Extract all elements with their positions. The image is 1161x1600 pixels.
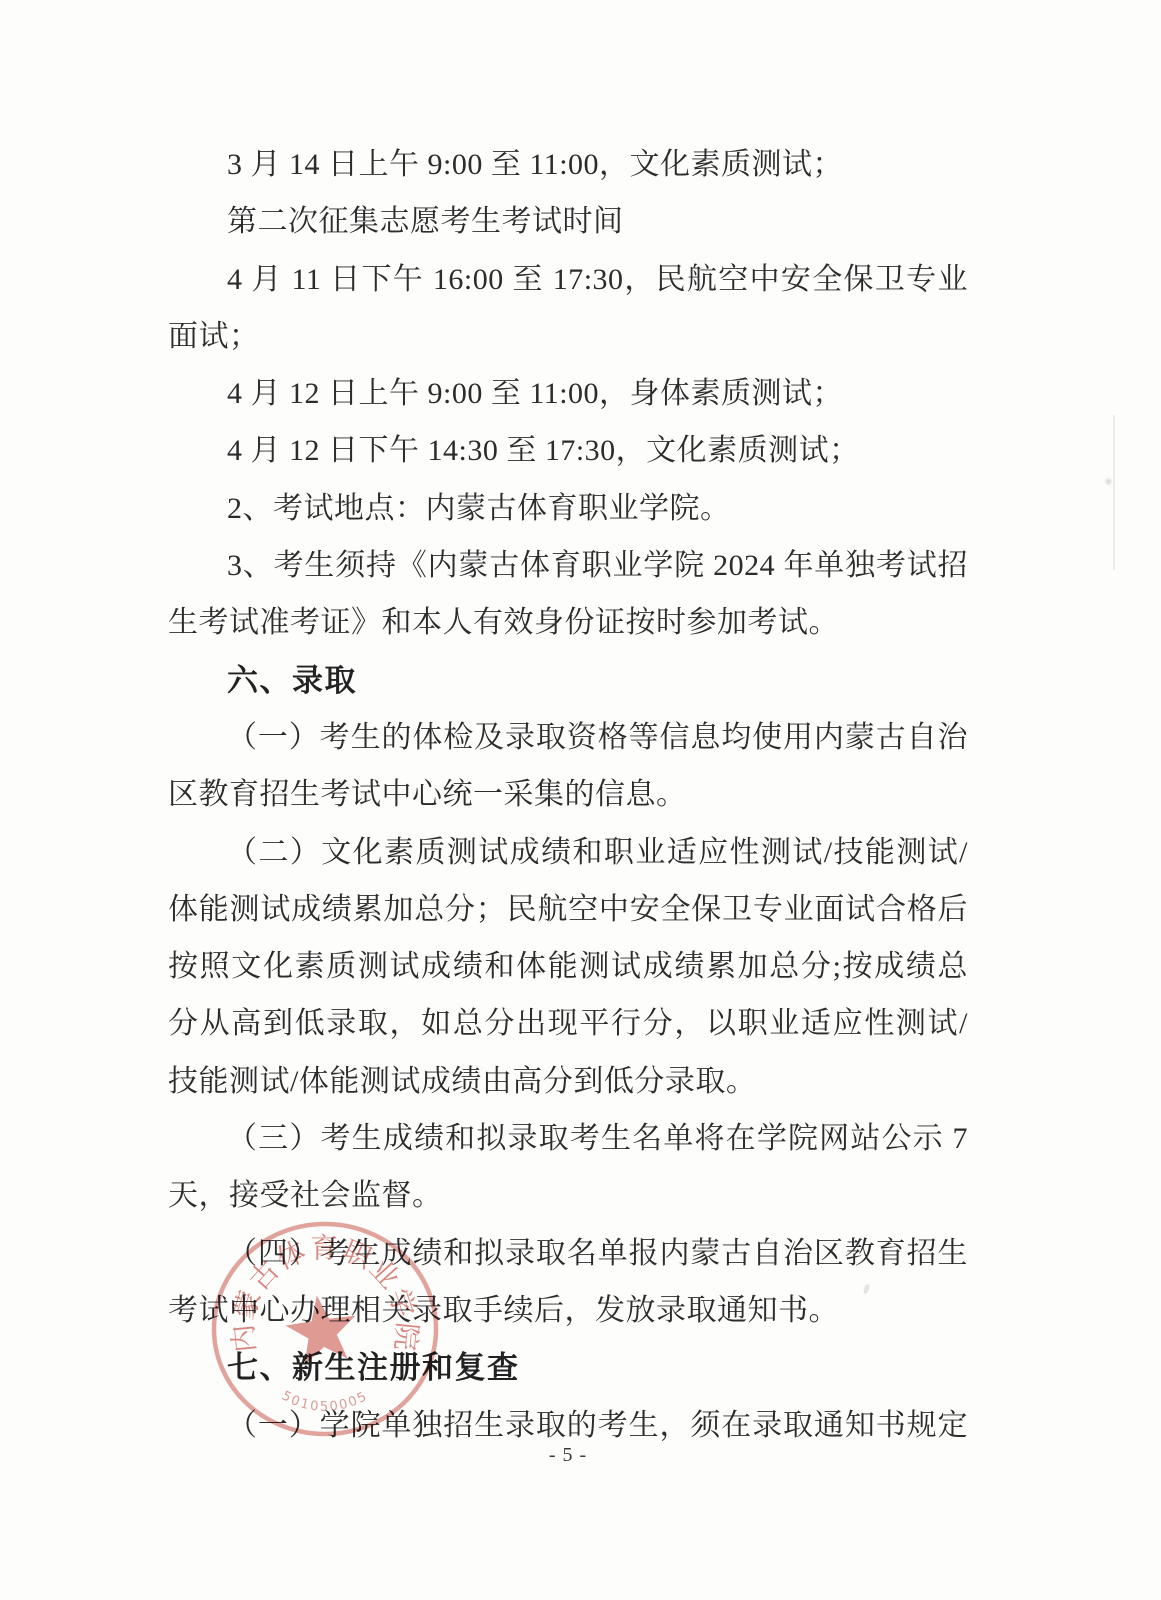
doc-line: 面试； bbox=[168, 308, 968, 365]
doc-line: 生考试准考证》和本人有效身份证按时参加考试。 bbox=[168, 594, 968, 651]
page-number: - 5 - bbox=[168, 1444, 968, 1467]
scan-artifact-line bbox=[1113, 415, 1115, 570]
section-heading-registration: 七、新生注册和复查 bbox=[168, 1339, 968, 1396]
doc-line: 4 月 12 日下午 14:30 至 17:30，文化素质测试； bbox=[168, 422, 968, 479]
section-heading-admission: 六、录取 bbox=[168, 652, 968, 709]
doc-line: （四）考生成绩和拟录取名单报内蒙古自治区教育招生 bbox=[168, 1225, 968, 1282]
doc-line: 区教育招生考试中心统一采集的信息。 bbox=[168, 766, 968, 823]
doc-line: （二）文化素质测试成绩和职业适应性测试/技能测试/ bbox=[168, 824, 968, 881]
doc-line: 第二次征集志愿考生考试时间 bbox=[168, 193, 968, 250]
doc-line: 4 月 11 日下午 16:00 至 17:30，民航空中安全保卫专业 bbox=[168, 251, 968, 308]
doc-line: 3、考生须持《内蒙古体育职业学院 2024 年单独考试招 bbox=[168, 537, 968, 594]
scan-speck bbox=[1104, 477, 1113, 486]
document-body: 3 月 14 日上午 9:00 至 11:00，文化素质测试； 第二次征集志愿考… bbox=[168, 136, 968, 1454]
doc-line: 4 月 12 日上午 9:00 至 11:00，身体素质测试； bbox=[168, 365, 968, 422]
doc-line: 考试中心办理相关录取手续后，发放录取通知书。 bbox=[168, 1282, 968, 1339]
doc-line: 技能测试/体能测试成绩由高分到低分录取。 bbox=[168, 1053, 968, 1110]
document-page: 3 月 14 日上午 9:00 至 11:00，文化素质测试； 第二次征集志愿考… bbox=[0, 0, 1161, 1600]
doc-line: 体能测试成绩累加总分；民航空中安全保卫专业面试合格后 bbox=[168, 881, 968, 938]
doc-line: （一）考生的体检及录取资格等信息均使用内蒙古自治 bbox=[168, 709, 968, 766]
doc-line: 3 月 14 日上午 9:00 至 11:00，文化素质测试； bbox=[168, 136, 968, 193]
doc-line: 天，接受社会监督。 bbox=[168, 1167, 968, 1224]
doc-line: 2、考试地点：内蒙古体育职业学院。 bbox=[168, 480, 968, 537]
doc-line: 分从高到低录取，如总分出现平行分，以职业适应性测试/ bbox=[168, 995, 968, 1052]
doc-line: （三）考生成绩和拟录取考生名单将在学院网站公示 7 bbox=[168, 1110, 968, 1167]
doc-line: 按照文化素质测试成绩和体能测试成绩累加总分;按成绩总 bbox=[168, 938, 968, 995]
